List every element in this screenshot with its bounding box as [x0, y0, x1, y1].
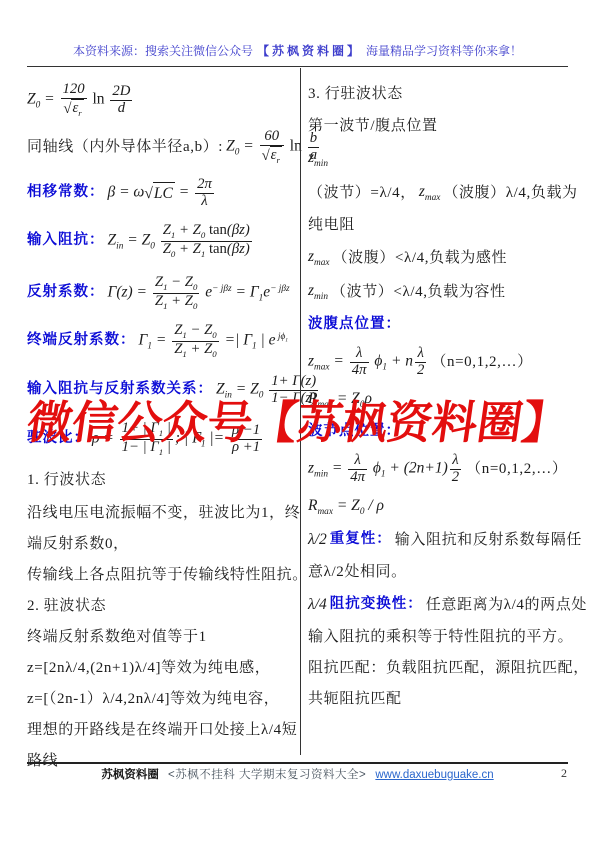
text-segment: 共轭阻抗匹配 [308, 689, 402, 709]
doc-line: zmin（波节）<λ/4,负载为容性 [308, 275, 592, 309]
doc-line: 反射系数：Γ(z) = Z1 − Z0Z1 + Z0 e− jβz = Γ1e−… [27, 268, 292, 318]
footer-tagline: <苏枫不挂科 大学期末复习资料大全> [168, 769, 366, 781]
text-segment: 输入阻抗的乘积等于特性阻抗的平方。 [308, 627, 573, 647]
doc-line: zmax（波腹）<λ/4,负载为感性 [308, 241, 592, 275]
math-segment: zmin = λ4π ϕ1 + (2n+1)λ2 [308, 453, 463, 485]
header-rule [27, 66, 568, 67]
text-segment: 1. 行波状态 [27, 470, 106, 490]
text-segment: 理想的开路线是在终端开口处接上λ/4短 [27, 720, 297, 740]
doc-line: 共轭阻抗匹配 [308, 684, 592, 715]
text-segment: （波节）=λ/4， [308, 183, 416, 203]
doc-line: 端反射系数0， [27, 529, 292, 560]
text-segment: 纯电阻 [308, 215, 355, 235]
text-segment: （n=0,1,2,…） [466, 459, 567, 479]
doc-line: zmin = λ4π ϕ1 + (2n+1)λ2（n=0,1,2,…） [308, 447, 592, 491]
math-segment: zmin [308, 281, 328, 304]
doc-line: z=[（2n-1）λ/4,2nλ/4]等效为纯电容， [27, 684, 292, 715]
doc-line: λ/2重复性：输入阻抗和反射系数每隔任 [308, 523, 592, 557]
header-brand: 【苏枫资料圈】 [257, 44, 362, 58]
text-segment: 传输线上各点阻抗等于传输线特性阻抗。 [27, 565, 308, 585]
doc-line: 纯电阻 [308, 210, 592, 241]
page-number: 2 [561, 766, 567, 781]
formula-label: 波腹点位置： [308, 315, 401, 335]
text-segment: 任意距离为λ/4的两点处 [426, 595, 587, 615]
doc-line: 理想的开路线是在终端开口处接上λ/4短 [27, 715, 292, 746]
doc-line: 输入阻抗：Zin = Z0 Z1 + Z0 tan(βz)Z0 + Z1 tan… [27, 214, 292, 268]
math-segment: Γ(z) = Z1 − Z0Z1 + Z0 e− jβz = Γ1e− jβz [108, 275, 290, 310]
text-segment: 意λ/2处相同。 [308, 562, 407, 582]
math-segment: zmin [308, 148, 328, 171]
text-segment: 终端反射系数绝对值等于1 [27, 627, 207, 647]
page-header: 本资料来源：搜索关注微信公众号【苏枫资料圈】海量精品学习资料等你来拿！ [0, 42, 595, 59]
text-segment: （波腹）λ/4,负载为 [443, 183, 577, 203]
footer-rule [27, 762, 568, 764]
formula-label: 输入阻抗： [27, 231, 105, 251]
doc-line: 终端反射系数：Γ1 = Z1 − Z0Z1 + Z0 =| Γ1 | e jϕ1 [27, 318, 292, 364]
math-segment: β = ω√LC = 2πλ [108, 177, 216, 209]
doc-line: Z0 = 120√εr ln 2Dd [27, 78, 292, 122]
doc-line: 第一波节/腹点位置 [308, 110, 592, 143]
text-segment: 第一波节/腹点位置 [308, 116, 438, 136]
text-segment: （n=0,1,2,…） [431, 352, 532, 372]
doc-line: Rmax = Z0 / ρ [308, 491, 592, 523]
math-segment: zmax [419, 182, 441, 205]
doc-line: 传输线上各点阻抗等于传输线特性阻抗。 [27, 560, 292, 591]
doc-line: 波腹点位置： [308, 309, 592, 340]
page-footer: 苏枫资料圈 <苏枫不挂科 大学期末复习资料大全> www.daxuebuguak… [0, 766, 595, 782]
header-suffix: 海量精品学习资料等你来拿！ [366, 44, 522, 58]
text-segment: 3. 行驻波状态 [308, 84, 403, 104]
text-segment: 端反射系数0， [27, 534, 129, 554]
text-segment: 同轴线（内外导体半径a,b）: [27, 137, 223, 157]
formula-label: 阻抗变换性： [330, 595, 423, 615]
formula-label: 相移常数： [27, 183, 105, 203]
doc-line: 沿线电压电流振幅不变，驻波比为1，终 [27, 498, 292, 529]
footer-brand: 苏枫资料圈 [101, 769, 159, 781]
doc-line: 同轴线（内外导体半径a,b）:Z0 = 60√εr ln ba [27, 122, 292, 172]
doc-line: 意λ/2处相同。 [308, 557, 592, 588]
doc-line: 输入阻抗的乘积等于特性阻抗的平方。 [308, 622, 592, 653]
watermark: 微信公众号【苏枫资料圈】 [23, 386, 572, 451]
math-segment: λ/2 [308, 530, 327, 551]
doc-line: 1. 行波状态 [27, 462, 292, 498]
doc-line: 2. 驻波状态 [27, 591, 292, 622]
text-segment: 沿线电压电流振幅不变，驻波比为1，终 [27, 503, 300, 523]
math-segment: Zin = Z0 Z1 + Z0 tan(βz)Z0 + Z1 tan(βz) [108, 223, 254, 258]
header-prefix: 本资料来源：搜索关注微信公众号 [73, 44, 253, 58]
text-segment: （波腹）<λ/4,负载为感性 [333, 248, 508, 268]
text-segment: 输入阻抗和反射系数每隔任 [395, 530, 582, 550]
math-segment: Γ1 = Z1 − Z0Z1 + Z0 =| Γ1 | e jϕ1 [139, 323, 289, 358]
doc-line: z=[2nλ/4,(2n+1)λ/4]等效为纯电感， [27, 653, 292, 684]
doc-line: 阻抗匹配：负载阻抗匹配，源阻抗匹配， [308, 653, 592, 684]
doc-line: λ/4阻抗变换性：任意距离为λ/4的两点处 [308, 588, 592, 622]
doc-line: zmin [308, 143, 592, 176]
text-segment: 阻抗匹配：负载阻抗匹配，源阻抗匹配， [308, 658, 589, 678]
text-segment: （波节）<λ/4,负载为容性 [331, 282, 506, 302]
footer-link[interactable]: www.daxuebuguake.cn [375, 769, 493, 781]
text-segment: z=[（2n-1）λ/4,2nλ/4]等效为纯电容， [27, 689, 279, 709]
math-segment: λ/4 [308, 595, 327, 616]
doc-line: 3. 行驻波状态 [308, 78, 592, 110]
math-segment: Z0 = 120√εr ln 2Dd [27, 82, 134, 118]
doc-line: （波节）=λ/4，zmax（波腹）λ/4,负载为 [308, 176, 592, 210]
formula-label: 重复性： [330, 530, 392, 550]
doc-line: 相移常数：β = ω√LC = 2πλ [27, 172, 292, 214]
math-segment: Rmax = Z0 / ρ [308, 496, 384, 519]
math-segment: zmax [308, 247, 330, 270]
doc-line: 终端反射系数绝对值等于1 [27, 622, 292, 653]
text-segment: z=[2nλ/4,(2n+1)λ/4]等效为纯电感， [27, 658, 270, 678]
doc-line: zmax = λ4π ϕ1 + nλ2（n=0,1,2,…） [308, 340, 592, 384]
formula-label: 终端反射系数： [27, 331, 136, 351]
formula-label: 反射系数： [27, 283, 105, 303]
text-segment: 2. 驻波状态 [27, 596, 106, 616]
math-segment: zmax = λ4π ϕ1 + nλ2 [308, 346, 428, 378]
document-page: 本资料来源：搜索关注微信公众号【苏枫资料圈】海量精品学习资料等你来拿！ Z0 =… [0, 0, 595, 841]
